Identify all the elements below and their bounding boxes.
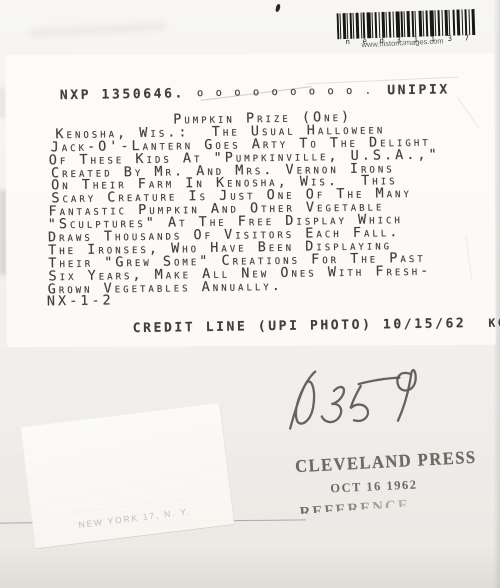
handwritten-code [275, 349, 448, 439]
slug-number: NXP 1350646. [60, 86, 185, 103]
handwriting-stroke [350, 386, 369, 421]
stamp-date: OCT 16 1962 [330, 475, 478, 496]
envelope: ··· ···· ···· ·· ······ ···· NEW YORK 17… [21, 403, 235, 550]
scanned-press-photo-back: n e d 3 1 1 3 7 www.historicimages.com N… [0, 0, 500, 588]
handwriting-stroke [358, 378, 399, 384]
slug-line: NXP 1350646. o o o o o o o o o . UNIPIX [60, 82, 450, 103]
handwriting-stroke [321, 387, 345, 423]
cleveland-press-stamp: CLEVELAND PRESS OCT 16 1962 REFERENCE [295, 447, 479, 512]
editor-initials: KG [488, 316, 500, 330]
leader-dots: o o o o o o o o o . [197, 84, 374, 99]
credit-text: CREDIT LINE (UPI PHOTO) 10/15/62 [133, 317, 467, 337]
slug-agency: UNIPIX [387, 82, 450, 98]
caption-text: Pumpkin Prize (One) Kenosha, Wis.: The U… [46, 109, 500, 324]
handwriting-stroke [288, 372, 317, 429]
